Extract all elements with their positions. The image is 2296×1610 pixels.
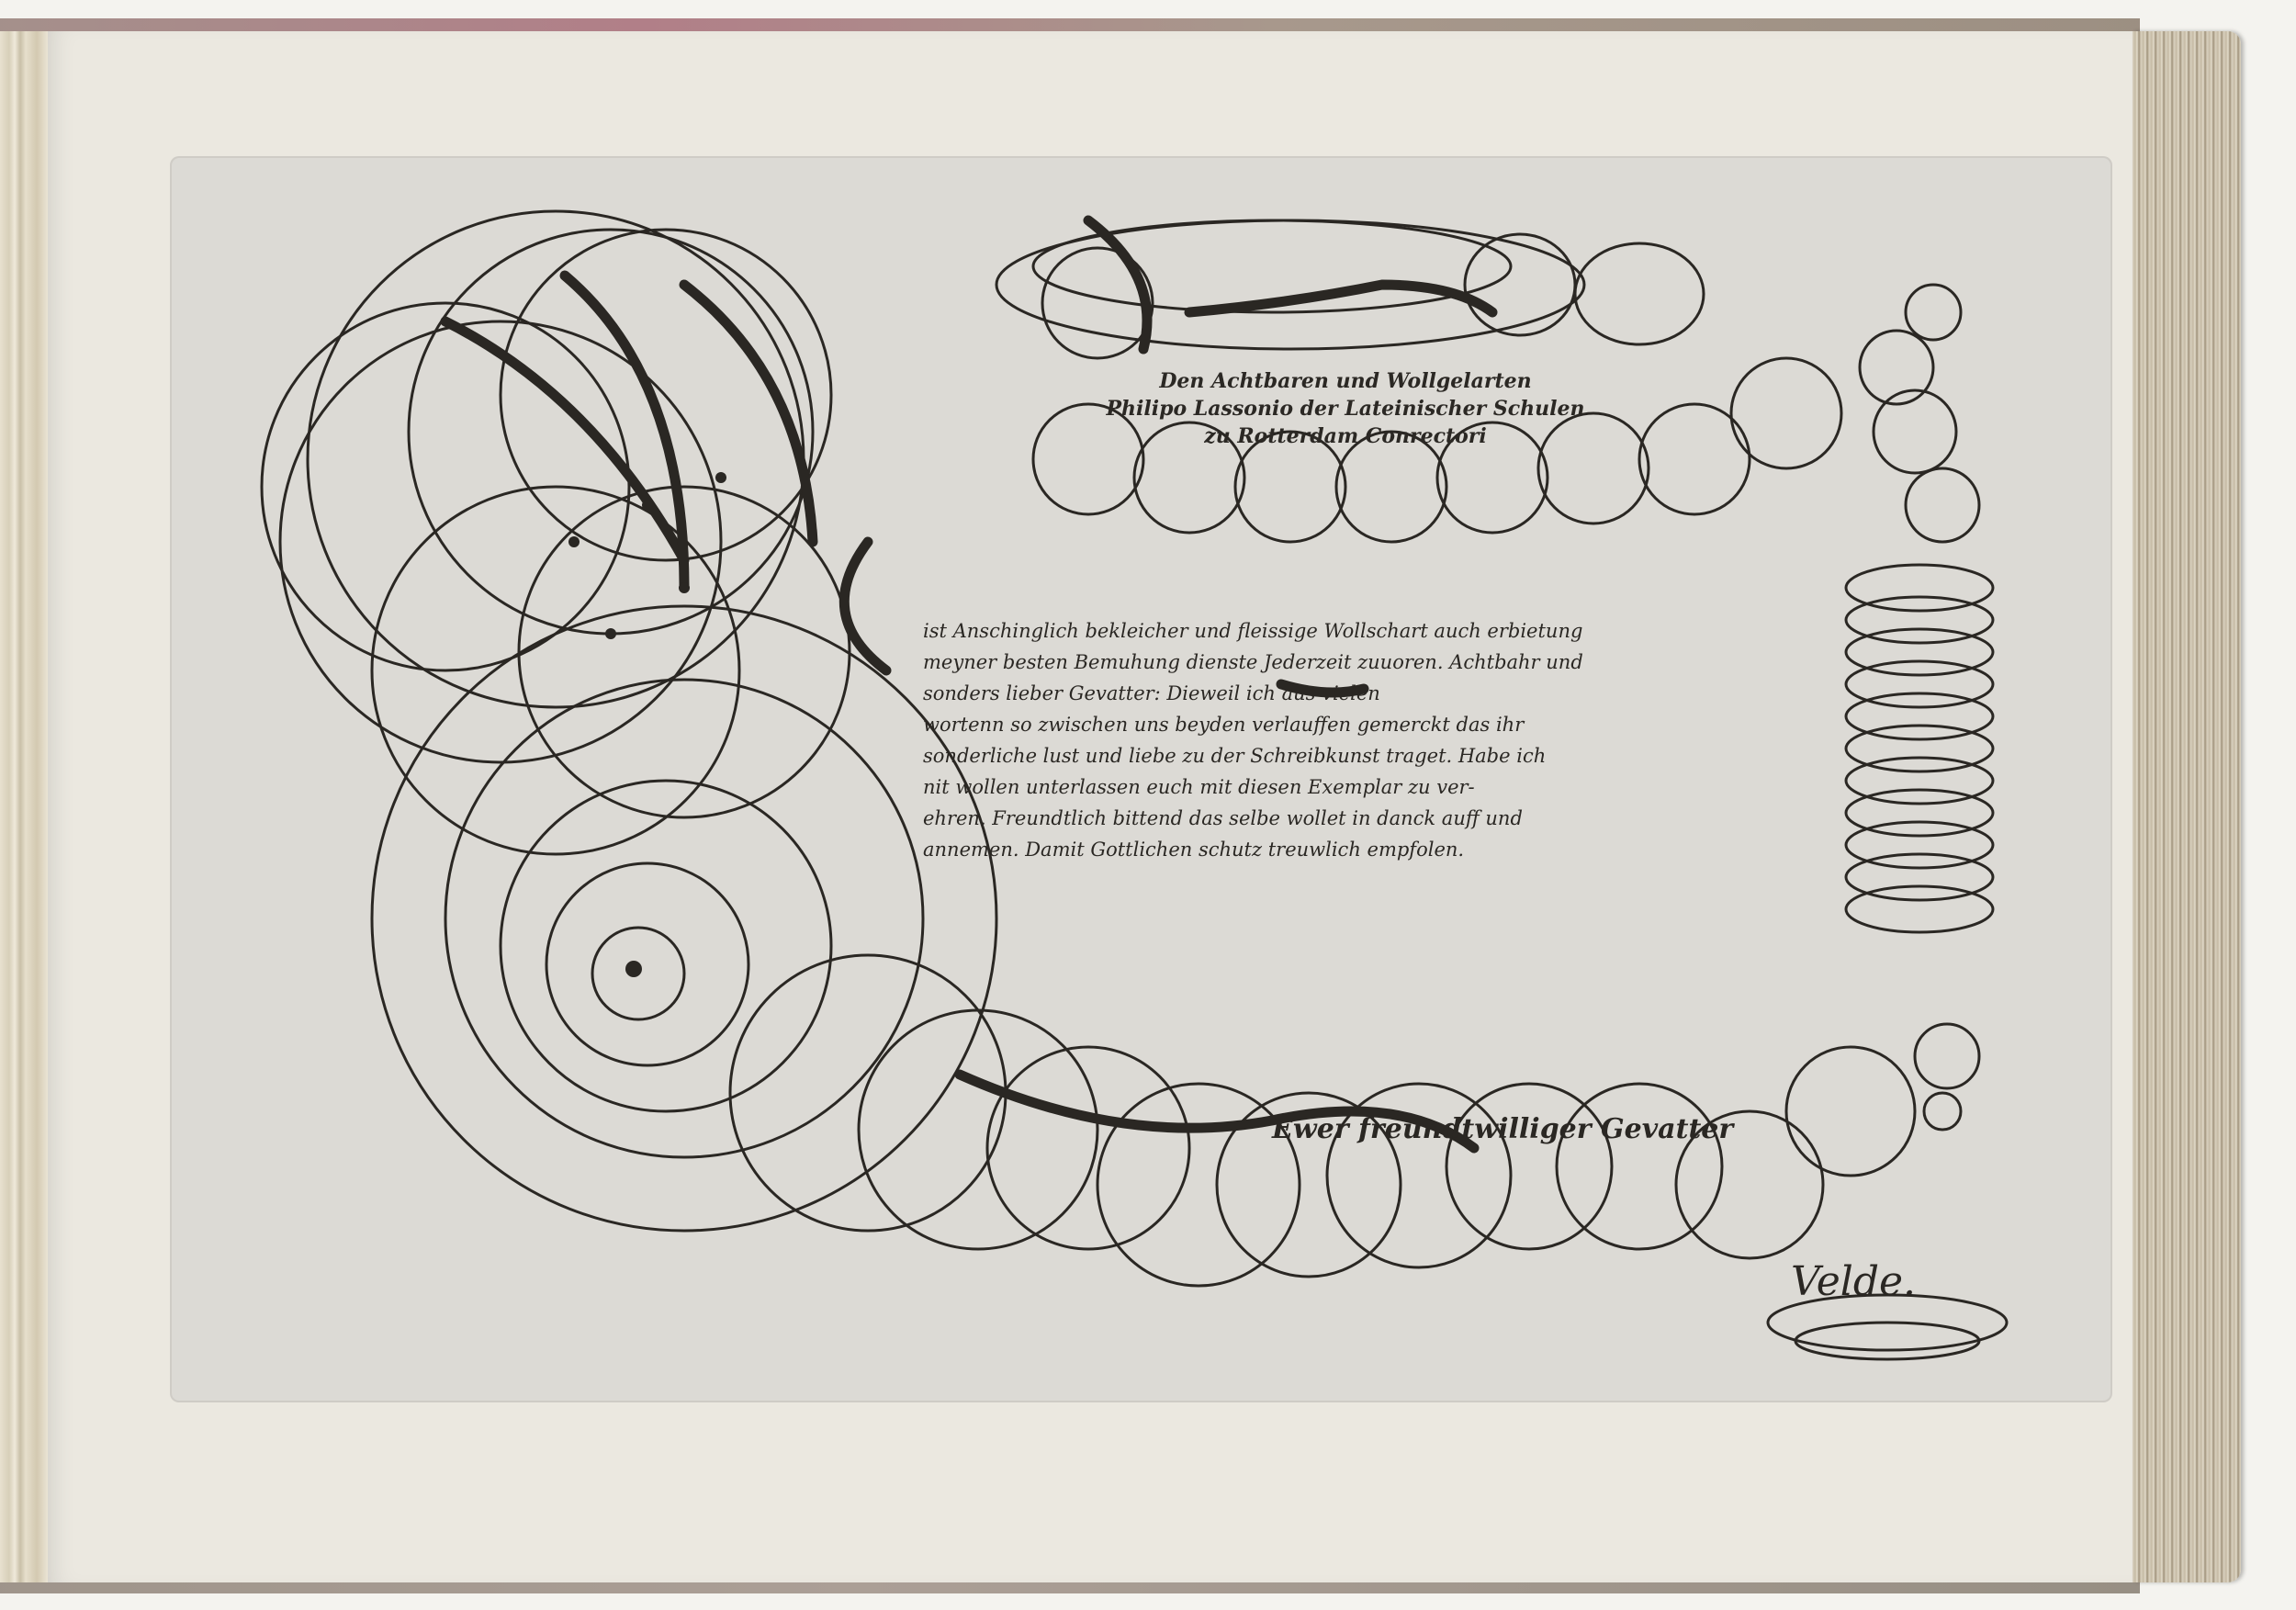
letter-closing: Ewer freundtwilliger Gevatter (1272, 1113, 1733, 1145)
heading-line: Den Achtbaren und Wollgelarten (1024, 367, 1667, 395)
signature: Velde. (1791, 1258, 1916, 1305)
spine-sheets (0, 31, 48, 1582)
heading-line: zu Rotterdam Conrectori (1024, 422, 1667, 450)
heading-line: Philipo Lassonio der Lateinischer Schule… (1024, 395, 1667, 422)
letter-line: ehren. Freundtlich bittend das selbe wol… (923, 803, 1823, 834)
book-bottom-edge (0, 1582, 2140, 1593)
letter-line: annemen. Damit Gottlichen schutz treuwli… (923, 834, 1823, 865)
book-top-edge (0, 18, 2140, 31)
letter-line: wortenn so zwischen uns beyden verlauffe… (923, 709, 1823, 740)
letter-line: sonderliche lust und liebe zu der Schrei… (923, 740, 1823, 771)
letter-line: meyner besten Bemuhung dienste Jederzeit… (923, 647, 1823, 678)
letter-body: ist Anschinglich bekleicher und fleissig… (923, 615, 1823, 865)
letter-line: ist Anschinglich bekleicher und fleissig… (923, 615, 1823, 647)
letter-line: sonders lieber Gevatter: Dieweil ich aus… (923, 678, 1823, 709)
letter-address-heading: Den Achtbaren und Wollgelarten Philipo L… (1024, 367, 1667, 450)
letter-line: nit wollen unterlassen euch mit diesen E… (923, 771, 1823, 803)
page-stack-fore-edge[interactable] (2133, 31, 2241, 1582)
